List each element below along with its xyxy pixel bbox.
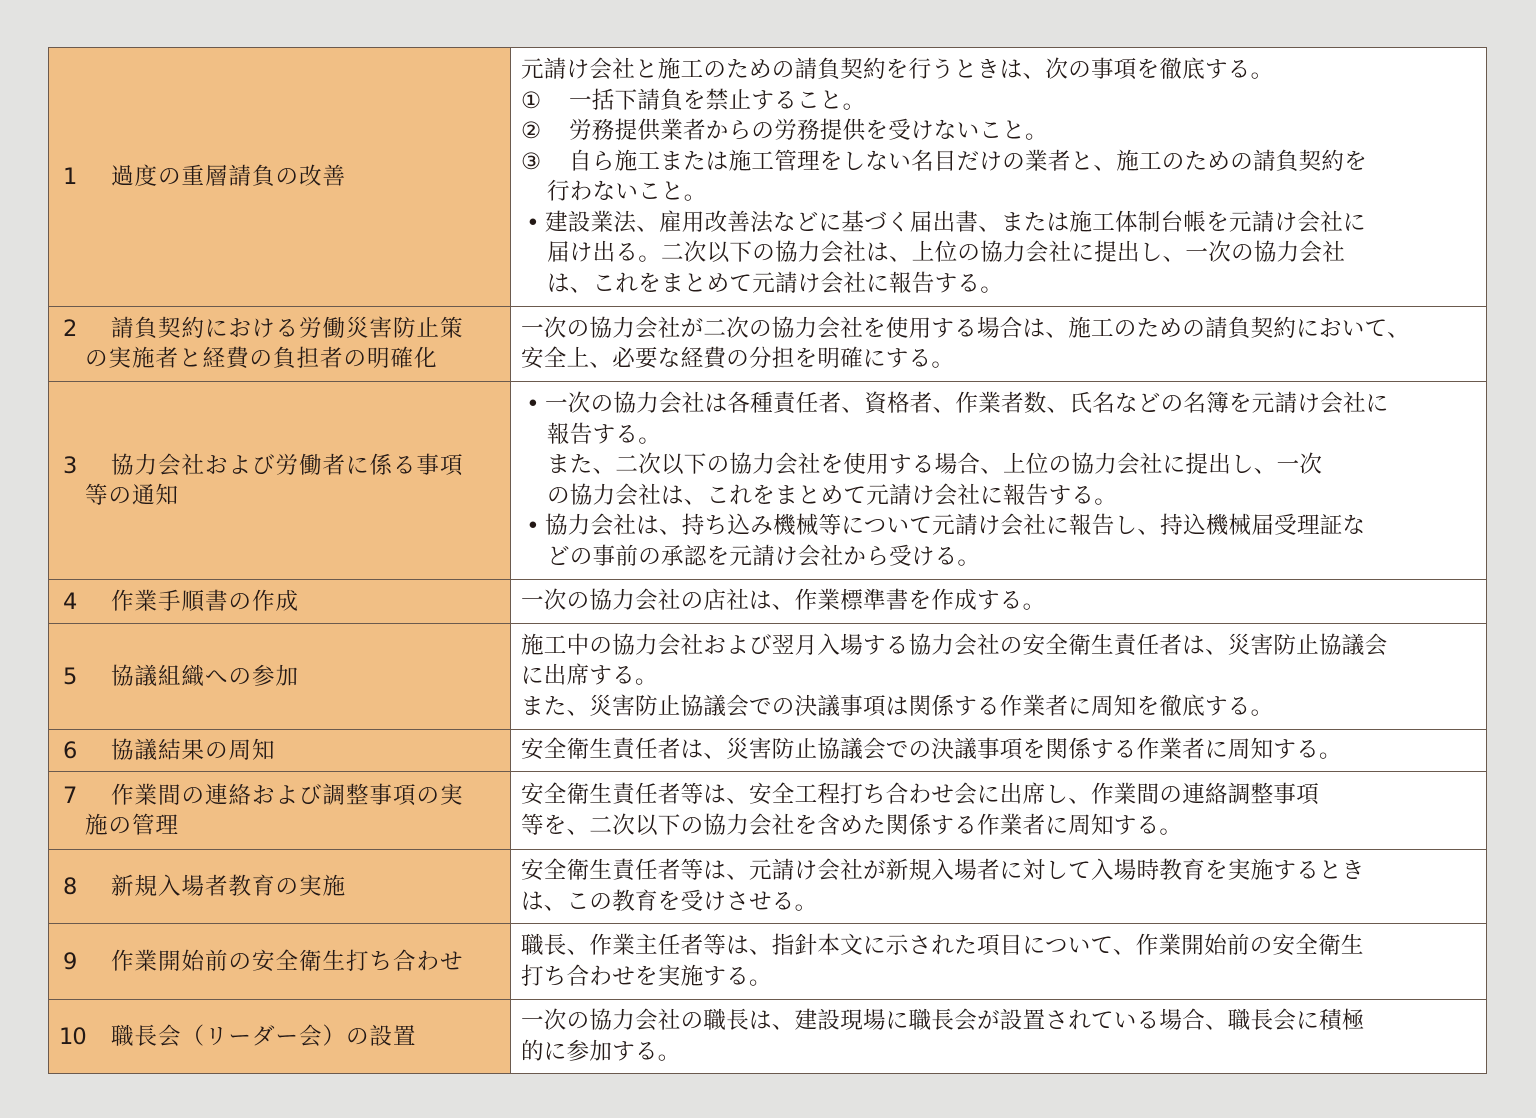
item-title-cell: 8 新規入場者教育の実施: [49, 850, 511, 923]
content-line: 報告する。: [521, 420, 1476, 451]
content-line: ②労務提供業者からの労務提供を受けないこと。: [521, 116, 1476, 147]
content-line: 職長、作業主任者等は、指針本文に示された項目について、作業開始前の安全衛生: [521, 931, 1476, 962]
content-line: 安全上、必要な経費の分担を明確にする。: [521, 344, 1476, 375]
item-title-line: 作業手順書の作成: [111, 587, 500, 617]
content-line: ①一括下請負を禁止すること。: [521, 86, 1476, 117]
table-row: 1 過度の重層請負の改善 元請け会社と施工のための請負契約を行うときは、次の事項…: [49, 48, 1486, 306]
table-row: 3協力会社および労働者に係る事項 等の通知 •一次の協力会社は各種責任者、資格者…: [49, 381, 1486, 579]
item-number: 9: [63, 947, 111, 977]
item-content-cell: 一次の協力会社の店社は、作業標準書を作成する。: [511, 580, 1486, 623]
item-number: 4: [63, 587, 111, 617]
item-content-cell: •一次の協力会社は各種責任者、資格者、作業者数、氏名などの名簿を元請け会社に 報…: [511, 382, 1486, 579]
content-line: 元請け会社と施工のための請負契約を行うときは、次の事項を徹底する。: [521, 55, 1476, 86]
content-line: •一次の協力会社は各種責任者、資格者、作業者数、氏名などの名簿を元請け会社に: [521, 389, 1476, 420]
table-row: 4 作業手順書の作成 一次の協力会社の店社は、作業標準書を作成する。: [49, 579, 1486, 623]
bullet-icon: •: [521, 511, 545, 542]
content-line: また、二次以下の協力会社を使用する場合、上位の協力会社に提出し、一次: [521, 450, 1476, 481]
item-number: 1: [63, 162, 111, 192]
item-title-line: 7作業間の連絡および調整事項の実: [63, 781, 500, 811]
content-line: 安全衛生責任者等は、元請け会社が新規入場者に対して入場時教育を実施するとき: [521, 856, 1476, 887]
item-number: 10: [59, 1022, 111, 1052]
content-line: 安全衛生責任者は、災害防止協議会での決議事項を関係する作業者に周知する。: [521, 735, 1476, 766]
item-content-cell: 元請け会社と施工のための請負契約を行うときは、次の事項を徹底する。 ①一括下請負…: [511, 48, 1486, 306]
bullet-icon: •: [521, 208, 545, 239]
item-number: 6: [63, 736, 111, 766]
table-row: 2請負契約における労働災害防止策 の実施者と経費の負担者の明確化 一次の協力会社…: [49, 306, 1486, 381]
content-line: 的に参加する。: [521, 1037, 1476, 1068]
table-row: 7作業間の連絡および調整事項の実 施の管理 安全衛生責任者等は、安全工程打ち合わ…: [49, 771, 1486, 849]
content-line: は、この教育を受けさせる。: [521, 887, 1476, 918]
item-title-cell: 1 過度の重層請負の改善: [49, 48, 511, 306]
content-line: ③自ら施工または施工管理をしない名目だけの業者と、施工のための請負契約を: [521, 147, 1476, 178]
item-content-cell: 一次の協力会社が二次の協力会社を使用する場合は、施工のための請負契約において、 …: [511, 307, 1486, 381]
item-title-cell: 10 職長会（リーダー会）の設置: [49, 1000, 511, 1073]
table-row: 8 新規入場者教育の実施 安全衛生責任者等は、元請け会社が新規入場者に対して入場…: [49, 849, 1486, 923]
content-line: 等を、二次以下の協力会社を含めた関係する作業者に周知する。: [521, 811, 1476, 842]
content-line: 一次の協力会社が二次の協力会社を使用する場合は、施工のための請負契約において、: [521, 314, 1476, 345]
item-title-cell: 6 協議結果の周知: [49, 730, 511, 771]
item-number: 7: [63, 781, 111, 811]
item-content-cell: 職長、作業主任者等は、指針本文に示された項目について、作業開始前の安全衛生 打ち…: [511, 924, 1486, 999]
item-number: 5: [63, 662, 111, 692]
content-line: 一次の協力会社の職長は、建設現場に職長会が設置されている場合、職長会に積極: [521, 1006, 1476, 1037]
table-row: 5 協議組織への参加 施工中の協力会社および翌月入場する協力会社の安全衛生責任者…: [49, 623, 1486, 729]
content-line: 届け出る。二次以下の協力会社は、上位の協力会社に提出し、一次の協力会社: [521, 238, 1476, 269]
table-row: 10 職長会（リーダー会）の設置 一次の協力会社の職長は、建設現場に職長会が設置…: [49, 999, 1486, 1073]
item-title-line: 施の管理: [63, 811, 500, 841]
item-title-cell: 7作業間の連絡および調整事項の実 施の管理: [49, 772, 511, 849]
item-content-cell: 安全衛生責任者等は、安全工程打ち合わせ会に出席し、作業間の連絡調整事項 等を、二…: [511, 772, 1486, 849]
item-content-cell: 安全衛生責任者等は、元請け会社が新規入場者に対して入場時教育を実施するとき は、…: [511, 850, 1486, 923]
item-content-cell: 安全衛生責任者は、災害防止協議会での決議事項を関係する作業者に周知する。: [511, 730, 1486, 771]
item-title-line: 職長会（リーダー会）の設置: [111, 1022, 500, 1052]
item-title-line: 作業開始前の安全衛生打ち合わせ: [111, 947, 500, 977]
measures-table: 1 過度の重層請負の改善 元請け会社と施工のための請負契約を行うときは、次の事項…: [48, 47, 1487, 1074]
item-title-line: 協議結果の周知: [111, 736, 500, 766]
item-title-line: 3協力会社および労働者に係る事項: [63, 451, 500, 481]
circled-number-marker: ③: [521, 147, 569, 178]
table-row: 9 作業開始前の安全衛生打ち合わせ 職長、作業主任者等は、指針本文に示された項目…: [49, 923, 1486, 999]
content-line: 安全衛生責任者等は、安全工程打ち合わせ会に出席し、作業間の連絡調整事項: [521, 780, 1476, 811]
table-row: 6 協議結果の周知 安全衛生責任者は、災害防止協議会での決議事項を関係する作業者…: [49, 729, 1486, 771]
content-line: 打ち合わせを実施する。: [521, 962, 1476, 993]
content-line: どの事前の承認を元請け会社から受ける。: [521, 542, 1476, 573]
item-title-line: 等の通知: [63, 481, 500, 511]
content-line: また、災害防止協議会での決議事項は関係する作業者に周知を徹底する。: [521, 692, 1476, 723]
content-line: •建設業法、雇用改善法などに基づく届出書、または施工体制台帳を元請け会社に: [521, 208, 1476, 239]
content-line: •協力会社は、持ち込み機械等について元請け会社に報告し、持込機械届受理証な: [521, 511, 1476, 542]
content-line: は、これをまとめて元請け会社に報告する。: [521, 269, 1476, 300]
item-title-cell: 4 作業手順書の作成: [49, 580, 511, 623]
item-title-cell: 9 作業開始前の安全衛生打ち合わせ: [49, 924, 511, 999]
circled-number-marker: ①: [521, 86, 569, 117]
content-line: 一次の協力会社の店社は、作業標準書を作成する。: [521, 586, 1476, 617]
content-line: 行わないこと。: [521, 177, 1476, 208]
item-title-cell: 2請負契約における労働災害防止策 の実施者と経費の負担者の明確化: [49, 307, 511, 381]
item-title-line: 新規入場者教育の実施: [111, 872, 500, 902]
item-content-cell: 一次の協力会社の職長は、建設現場に職長会が設置されている場合、職長会に積極 的に…: [511, 1000, 1486, 1073]
item-title-line: 過度の重層請負の改善: [111, 162, 500, 192]
circled-number-marker: ②: [521, 116, 569, 147]
item-number: 8: [63, 872, 111, 902]
item-title-line: 2請負契約における労働災害防止策: [63, 314, 500, 344]
item-title-cell: 5 協議組織への参加: [49, 624, 511, 729]
item-content-cell: 施工中の協力会社および翌月入場する協力会社の安全衛生責任者は、災害防止協議会 に…: [511, 624, 1486, 729]
item-title-line: の実施者と経費の負担者の明確化: [63, 344, 500, 374]
bullet-icon: •: [521, 389, 545, 420]
item-number: 3: [63, 451, 111, 481]
item-number: 2: [63, 314, 111, 344]
content-line: の協力会社は、これをまとめて元請け会社に報告する。: [521, 481, 1476, 512]
content-line: に出席する。: [521, 661, 1476, 692]
content-line: 施工中の協力会社および翌月入場する協力会社の安全衛生責任者は、災害防止協議会: [521, 631, 1476, 662]
item-title-line: 協議組織への参加: [111, 662, 500, 692]
item-title-cell: 3協力会社および労働者に係る事項 等の通知: [49, 382, 511, 579]
